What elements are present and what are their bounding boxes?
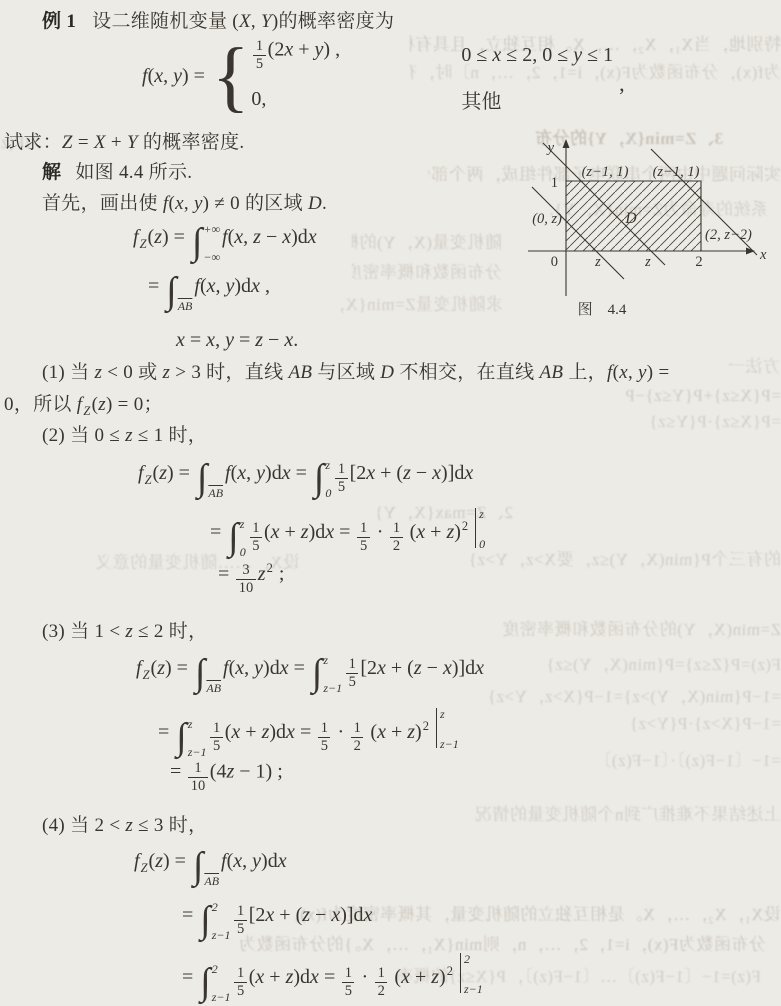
bleed-fragment: =1−P{min(X，Y)>z}=1−P{X>z，Y>z} bbox=[468, 682, 781, 707]
piecewise-row: 15(2x + y) , 0 ≤ x ≤ 2, 0 ≤ y ≤ 1 bbox=[251, 38, 613, 73]
figure-point-left: (0, z) bbox=[532, 211, 562, 227]
case1-paragraph-line2: 0，所以 fZ(z) = 0； bbox=[4, 389, 163, 419]
figure-point-top1: (z−1, 1) bbox=[582, 164, 629, 180]
bleed-fragment: 求随机变量Z=min{X，Y} bbox=[340, 290, 503, 315]
bleed-fragment: 随机变量(X，Y)的概率 bbox=[352, 228, 502, 253]
case3-heading: (3) 当 1 < z ≤ 2 时， bbox=[42, 616, 207, 643]
bleed-fragment: =1−〔1−F(z)〕·〔1−F(z)〕 bbox=[498, 746, 781, 771]
bleed-fragment: 设X₁，X₂，…，X。是相互独立的随机变量，其概率密度为f(x)， bbox=[55, 900, 781, 925]
formula-case3-result: = 110(4z − 1) ; bbox=[170, 760, 283, 795]
bleed-fragment: =P{X≤z}+P{Y≤z}−P bbox=[540, 386, 781, 406]
formula-case2-result: = 310z2 ; bbox=[218, 561, 284, 598]
figure-tick-2: 2 bbox=[695, 254, 702, 270]
figure-x-label: x bbox=[759, 247, 767, 263]
piecewise-expr-2: 0, bbox=[251, 88, 461, 111]
formula-substitution: x = x, y = z − x. bbox=[176, 329, 298, 352]
formula-case4-line1: fZ(z) = ∫ ABf(x, y)dx bbox=[134, 844, 287, 888]
formula-case3-line2: = ∫zz−115(x + z)dx = 15 · 12 (x + z)2zz−… bbox=[158, 705, 459, 759]
figure-region-label: D bbox=[624, 210, 636, 227]
bleed-fragment: Z=min(X，Y)的分布函数和概率密度 bbox=[420, 615, 781, 640]
task-line: 试求：Z = X + Y 的概率密度. bbox=[4, 127, 244, 154]
bleed-fragment: =P{X≤z}·P{Y≤z} bbox=[560, 412, 781, 432]
figure-tick-1: 1 bbox=[551, 175, 558, 191]
example-title-line: 例 1设二维随机变量 (X, Y)的概率密度为 bbox=[42, 6, 394, 33]
y-axis-arrow bbox=[563, 139, 570, 148]
formula-case4-line2: = ∫2z−115[2x + (z − x)]dx bbox=[182, 898, 372, 942]
formula-case3-line1: fZ(z) = ∫ ABf(x, y)dx = ∫zz−115[2x + (z … bbox=[136, 651, 484, 695]
case1-paragraph-line1: (1) 当 z < 0 或 z > 3 时，直线 AB 与区域 D 不相交，在直… bbox=[42, 357, 669, 384]
figure-4-4: y x 1 0 z z 2 D (z−1, 1) (z−1, 1) (0, z)… bbox=[498, 138, 781, 338]
bleed-fragment: 方法一 bbox=[700, 352, 780, 377]
bleed-fragment: F(z)=P{Z≤z}=P{min(X，Y)≤z} bbox=[468, 650, 781, 675]
figure-caption: 图 4.4 bbox=[578, 301, 627, 318]
textbook-page: 特别地，当X₁，X₂，…，X。相互独立，且具有相同的概率分布〔概率密度为f(x)… bbox=[0, 0, 781, 1006]
first-step-line: 首先，画出使 f(x, y) ≠ 0 的区域 D. bbox=[42, 188, 327, 215]
solution-line: 解如图 4.4 所示. bbox=[42, 157, 192, 184]
piecewise-density-formula: f(x, y) = { 15(2x + y) , 0 ≤ x ≤ 2, 0 ≤ … bbox=[142, 38, 625, 114]
formula-case2-line2: = ∫z015(x + z)dx = 15 · 12 (x + z)2z0 bbox=[210, 505, 485, 559]
bleed-fragment: 分布函数和概率密度 bbox=[352, 258, 502, 283]
formula-case2-line1: fZ(z) = ∫ ABf(x, y)dx = ∫z015[2x + (z − … bbox=[138, 456, 473, 500]
bleed-fragment: 上述结果不难推广到n个随机变量的情况 bbox=[428, 800, 781, 825]
figure-point-right: (2, z−2) bbox=[705, 227, 752, 243]
formula-convolution-2: = ∫ ABf(x, y)dx , bbox=[148, 269, 270, 313]
formula-convolution-1: fZ(z) = ∫+∞−∞f(x, z − x)dx bbox=[133, 220, 317, 264]
figure-tick-z2: z bbox=[644, 254, 651, 270]
piecewise-row: 0, 其他 bbox=[251, 85, 613, 114]
figure-y-label: y bbox=[546, 140, 555, 156]
figure-point-top2: (z−1, 1) bbox=[653, 164, 700, 180]
piecewise-cond-2: 其他 bbox=[461, 85, 501, 114]
figure-origin: 0 bbox=[551, 254, 558, 270]
piecewise-lhs: f(x, y) = bbox=[142, 65, 205, 88]
brace-glyph: { bbox=[212, 44, 249, 108]
piecewise-trailing-comma: , bbox=[619, 71, 625, 97]
bleed-fragment: =1−P{X>z}·P{Y>z} bbox=[498, 714, 781, 734]
case2-heading: (2) 当 0 ≤ z ≤ 1 时， bbox=[42, 420, 207, 447]
case4-heading: (4) 当 2 < z ≤ 3 时， bbox=[42, 810, 207, 837]
piecewise-cond-1: 0 ≤ x ≤ 2, 0 ≤ y ≤ 1 bbox=[461, 44, 613, 67]
figure-tick-z1: z bbox=[594, 254, 601, 270]
piecewise-expr-1: 15(2x + y) , bbox=[251, 38, 461, 73]
formula-case4-line3: = ∫2z−115(x + z)dx = 15 · 12 (x + z)22z−… bbox=[182, 950, 483, 1004]
